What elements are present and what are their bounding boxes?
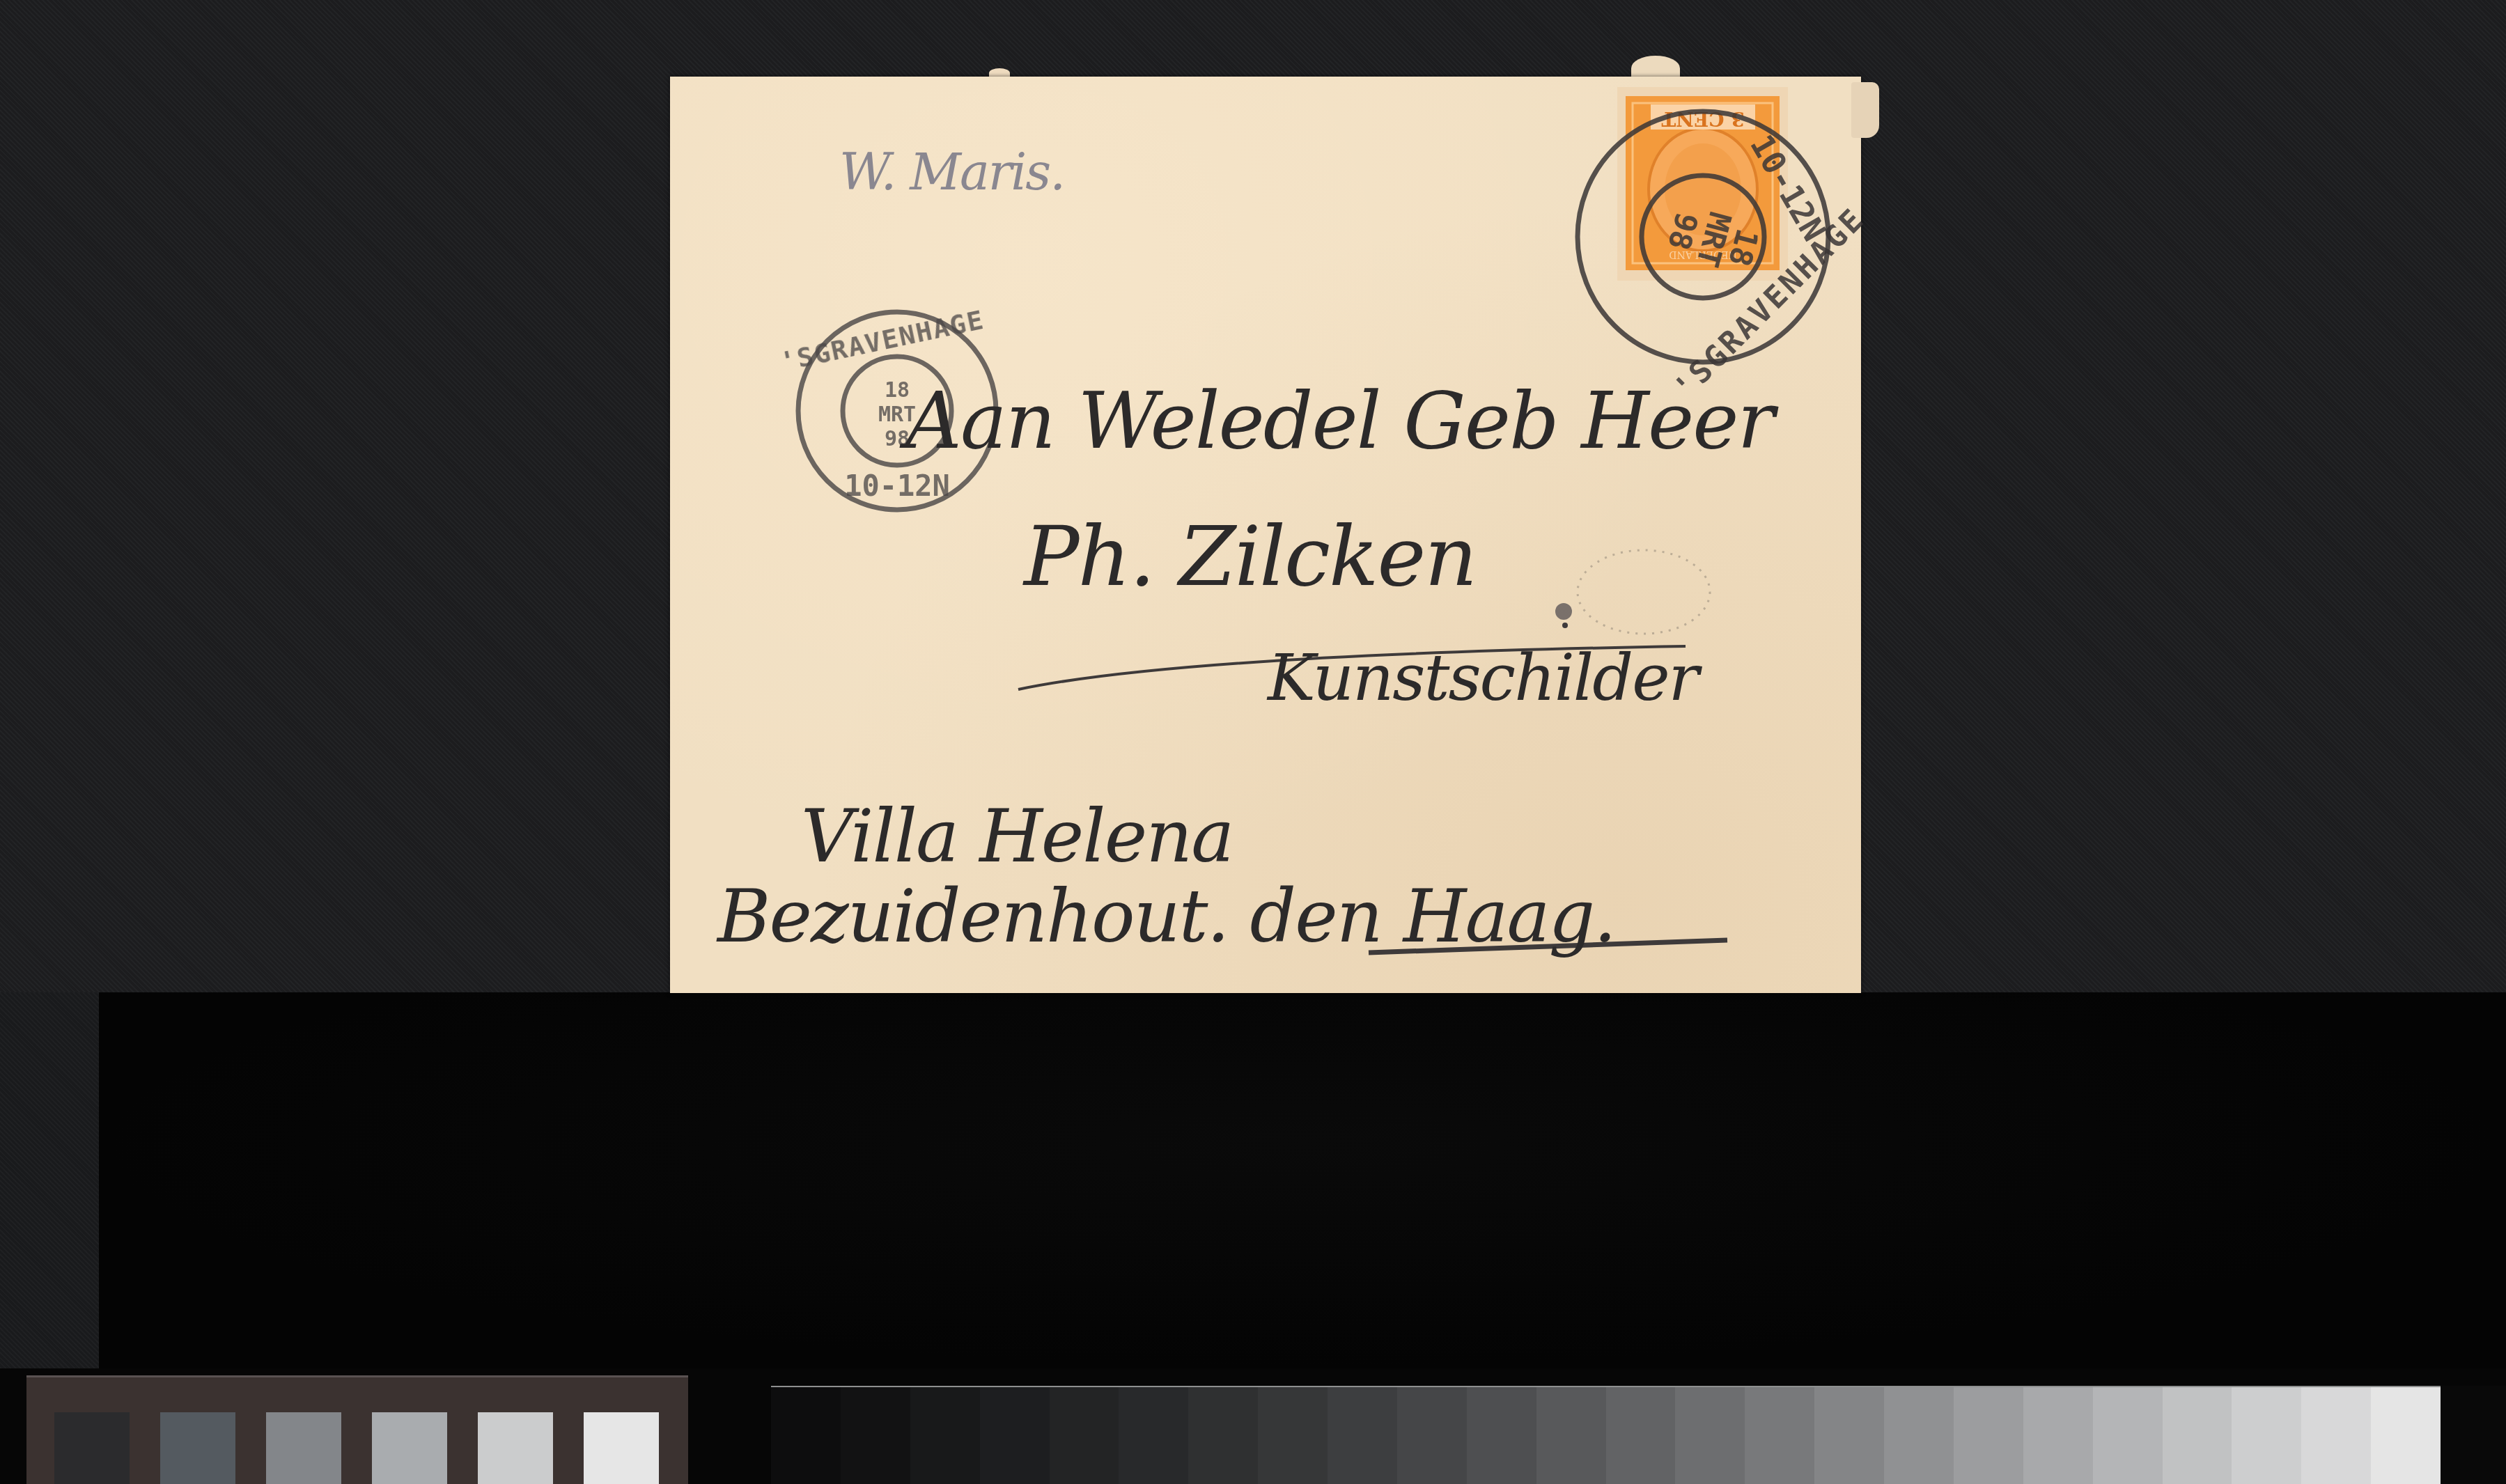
gray-card-patch — [372, 1412, 447, 1484]
postmark-left-time: 10-12N — [844, 469, 950, 503]
gray-step — [1954, 1387, 2023, 1484]
gray-step — [1536, 1387, 1606, 1484]
gray-step — [2371, 1387, 2441, 1484]
address-line-salutation: Aan Weledel Geb Heer — [905, 376, 1773, 467]
gray-card-patch — [584, 1412, 659, 1484]
gray-card-patch — [160, 1412, 235, 1484]
gray-step — [1258, 1387, 1328, 1484]
gray-step-strip — [771, 1386, 2441, 1484]
gray-step — [1745, 1387, 1814, 1484]
gray-step — [1606, 1387, 1676, 1484]
gray-step — [1119, 1387, 1188, 1484]
gray-card-patch — [266, 1412, 341, 1484]
gray-step — [2301, 1387, 2371, 1484]
gray-step — [2023, 1387, 2093, 1484]
address-line-city: Bezuidenhout. den Haag. — [717, 874, 1615, 959]
background-velvet-edge — [2441, 1386, 2506, 1484]
pencil-note: W. Maris. — [839, 143, 1064, 201]
gray-step — [841, 1387, 910, 1484]
gray-step — [771, 1387, 841, 1484]
address-line-house: Villa Helena — [801, 794, 1233, 879]
address-line-name: Ph. Zilcken — [1024, 508, 1476, 604]
gray-card-patch — [54, 1412, 130, 1484]
gray-step — [1397, 1387, 1467, 1484]
stamp-and-postmarks: 3 CENT NEDERLAND MRT 18 98 10-12N 'SGRAV… — [0, 0, 2506, 1484]
gray-card-patch — [478, 1412, 553, 1484]
gray-step — [1188, 1387, 1258, 1484]
gray-step — [2093, 1387, 2163, 1484]
gray-step — [2232, 1387, 2301, 1484]
gray-step — [1814, 1387, 1884, 1484]
gray-step — [1467, 1387, 1536, 1484]
gray-step — [2163, 1387, 2232, 1484]
gray-step — [1884, 1387, 1954, 1484]
gray-step — [1675, 1387, 1745, 1484]
gray-step — [1328, 1387, 1397, 1484]
gray-step — [910, 1387, 980, 1484]
gray-step — [980, 1387, 1050, 1484]
address-line-profession: Kunstschilder — [1268, 641, 1698, 715]
gray-step — [1050, 1387, 1119, 1484]
gray-card-target — [26, 1375, 688, 1484]
